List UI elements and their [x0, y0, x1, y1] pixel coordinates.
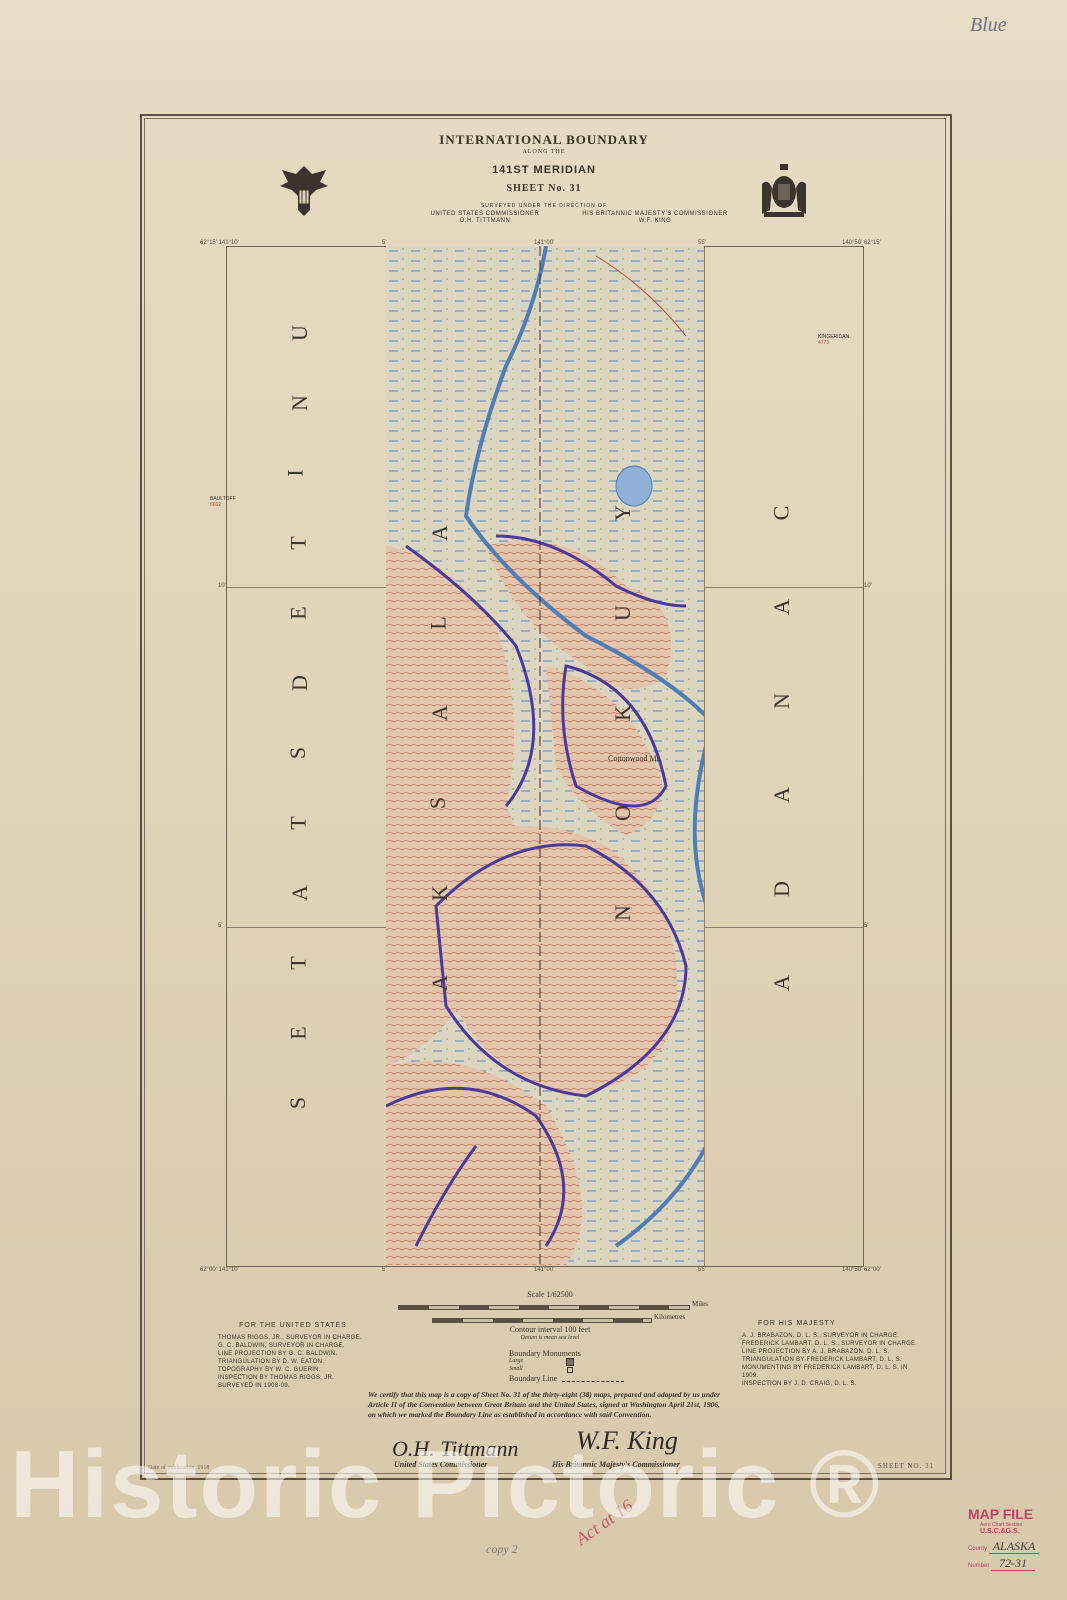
country-letter: K: [610, 705, 636, 721]
country-letter: U: [610, 605, 636, 621]
surveyed-under: SURVEYED UNDER THE DIRECTION OF: [0, 203, 1067, 209]
country-letter: S: [425, 797, 451, 809]
coord-bottom-141: 141°00': [534, 1267, 554, 1273]
credit-line: LINE PROJECTION BY A. J. BRABAZON, D. L.…: [742, 1348, 922, 1356]
map-title: INTERNATIONAL BOUNDARY: [0, 132, 1067, 148]
country-letter: A: [427, 705, 453, 721]
peak-label-left: BAULTOFF 6662: [210, 496, 236, 508]
handwritten-note-blue: Blue: [970, 14, 1007, 37]
credit-line: FREDERICK LAMBART, D. L. S., SURVEYOR IN…: [742, 1340, 922, 1348]
scale-bar-miles: [398, 1305, 690, 1310]
credits-uk-lines: A. J. BRABAZON, D. L. S., SURVEYOR IN CH…: [742, 1332, 922, 1388]
coord-bottom-left: 62°00' 141°10': [200, 1267, 239, 1273]
credits-uk-heading: FOR HIS MAJESTY: [742, 1320, 922, 1328]
country-letter: L: [426, 616, 452, 629]
coord-top-5: 5': [382, 240, 386, 246]
coord-side-10-left: 10': [218, 583, 226, 589]
country-letter: A: [427, 975, 453, 991]
us-commissioner-name: O.H. TITTMANN: [410, 218, 560, 225]
country-letter: A: [769, 975, 795, 991]
credit-line: TRIANGULATION BY D. W. EATON.: [218, 1358, 368, 1366]
mountain-label: Cottonwood Mt.: [608, 754, 661, 763]
grid-line-55: [704, 247, 705, 1266]
handwritten-copy-note: copy 2: [486, 1542, 518, 1557]
country-letter: D: [769, 881, 795, 897]
country-letter: C: [768, 506, 794, 521]
credit-line: LINE PROJECTION BY G. C. BALDWIN.: [218, 1350, 368, 1358]
credits-us-lines: THOMAS RIGGS, JR., SURVEYOR IN CHARGE.G.…: [218, 1334, 368, 1390]
monuments-title: Boundary Monuments: [509, 1349, 581, 1358]
country-letter: S: [285, 747, 311, 759]
sheet-number: SHEET No. 31: [0, 183, 1067, 194]
boundary-line-label: Boundary Line: [509, 1374, 557, 1383]
large-monument-icon: [566, 1358, 574, 1366]
british-commissioner: HIS BRITANNIC MAJESTY'S COMMISSIONER W.F…: [560, 211, 750, 225]
credit-line: SURVEYED IN 1908-09.: [218, 1382, 368, 1390]
country-letter: N: [287, 395, 313, 411]
country-letter: T: [286, 536, 312, 549]
coord-bottom-55: 55': [698, 1267, 706, 1273]
credit-line: A. J. BRABAZON, D. L. S., SURVEYOR IN CH…: [742, 1332, 922, 1340]
country-letter: A: [769, 787, 795, 803]
british-royal-arms-icon: [756, 160, 812, 220]
boundary-line-symbol: [562, 1381, 624, 1382]
country-letter: N: [610, 905, 636, 921]
us-eagle-seal-icon: [276, 160, 332, 220]
scale-bar-km: [432, 1318, 652, 1323]
credit-line: MONUMENTING BY FREDERICK LAMBART, D. L. …: [742, 1364, 922, 1380]
monument-small: Small: [509, 1366, 523, 1372]
stamp-number-label: Number: [968, 1563, 989, 1569]
certification-text: We certify that this map is a copy of Sh…: [368, 1390, 720, 1420]
credits-united-states: FOR THE UNITED STATES THOMAS RIGGS, JR.,…: [218, 1322, 368, 1390]
coord-top-55: 55': [698, 240, 706, 246]
km-label: Kilometres: [654, 1313, 685, 1321]
coord-bottom-right: 140°50' 62°00': [842, 1267, 881, 1273]
coord-top-right: 140°50' 62°15': [842, 240, 881, 246]
british-commissioner-title: HIS BRITANNIC MAJESTY'S COMMISSIONER: [560, 211, 750, 218]
credit-line: TOPOGRAPHY BY W. C. GUERIN.: [218, 1366, 368, 1374]
credit-line: G. C. BALDWIN, SURVEYOR IN CHARGE.: [218, 1342, 368, 1350]
stamp-county-value: ALASKA: [989, 1539, 1040, 1554]
coord-top-left: 62°15' 141°10': [200, 240, 239, 246]
datum-label: Datum is mean sea level: [480, 1335, 620, 1341]
country-letter: U: [287, 325, 313, 341]
coord-bottom-5: 5': [382, 1267, 386, 1273]
footer-sheet-number: SHEET NO. 31: [878, 1462, 934, 1470]
small-monument-icon: [567, 1367, 573, 1373]
title-meridian: 141ST MERIDIAN: [0, 164, 1067, 176]
coord-side-10-right: 10': [864, 583, 872, 589]
credits-his-majesty: FOR HIS MAJESTY A. J. BRABAZON, D. L. S.…: [742, 1320, 922, 1388]
country-letter: Y: [610, 505, 636, 521]
us-commissioner: UNITED STATES COMMISSIONER O.H. TITTMANN: [410, 211, 560, 225]
country-letter: A: [427, 525, 453, 541]
country-letter: I: [283, 469, 309, 476]
peak-right-elev: 4773: [818, 340, 849, 346]
peak-left-elev: 6662: [210, 502, 236, 508]
peak-label-right: KINGERIDAN 4773: [818, 334, 849, 346]
credit-line: INSPECTION BY THOMAS RIGGS, JR.: [218, 1374, 368, 1382]
stamp-agency: U.S.C.&G.S.: [968, 1528, 1039, 1535]
monument-large: Large: [509, 1358, 523, 1364]
stamp-title: MAP FILE: [968, 1506, 1039, 1522]
credits-us-heading: FOR THE UNITED STATES: [218, 1322, 368, 1330]
country-letter: D: [287, 675, 313, 691]
coord-side-5-right: 5': [864, 923, 868, 929]
country-letter: T: [286, 816, 312, 829]
scale-label: Scale 1/62500: [500, 1290, 600, 1299]
watermark: Historic Pictoric ®: [10, 1430, 882, 1540]
country-letter: E: [286, 1026, 312, 1039]
contour-interval: Contour interval 100 feet: [480, 1325, 620, 1334]
british-commissioner-name: W.F. KING: [560, 218, 750, 225]
title-along: ALONG THE: [0, 149, 1067, 155]
country-letter: N: [769, 693, 795, 709]
country-letter: S: [285, 1097, 311, 1109]
credit-line: THOMAS RIGGS, JR., SURVEYOR IN CHARGE.: [218, 1334, 368, 1342]
stamp-number-value: 72-31: [991, 1556, 1035, 1571]
coord-top-141: 141°00': [534, 240, 554, 246]
country-letter: O: [610, 805, 636, 821]
coord-side-5-left: 5': [218, 923, 222, 929]
miles-label: Miles: [692, 1300, 708, 1308]
country-letter: A: [769, 599, 795, 615]
us-commissioner-title: UNITED STATES COMMISSIONER: [410, 211, 560, 218]
country-letter: K: [427, 885, 453, 901]
credit-line: INSPECTION BY J. D. CRAIG, D. L. S.: [742, 1380, 922, 1388]
credit-line: TRIANGULATION BY FREDERICK LAMBART, D. L…: [742, 1356, 922, 1364]
stamp-county-label: County: [968, 1546, 987, 1552]
country-letter: E: [286, 606, 312, 619]
country-letter: T: [286, 956, 312, 969]
map-file-stamp: MAP FILE Aero Chart Section U.S.C.&G.S. …: [968, 1506, 1039, 1571]
country-letter: A: [287, 885, 313, 901]
